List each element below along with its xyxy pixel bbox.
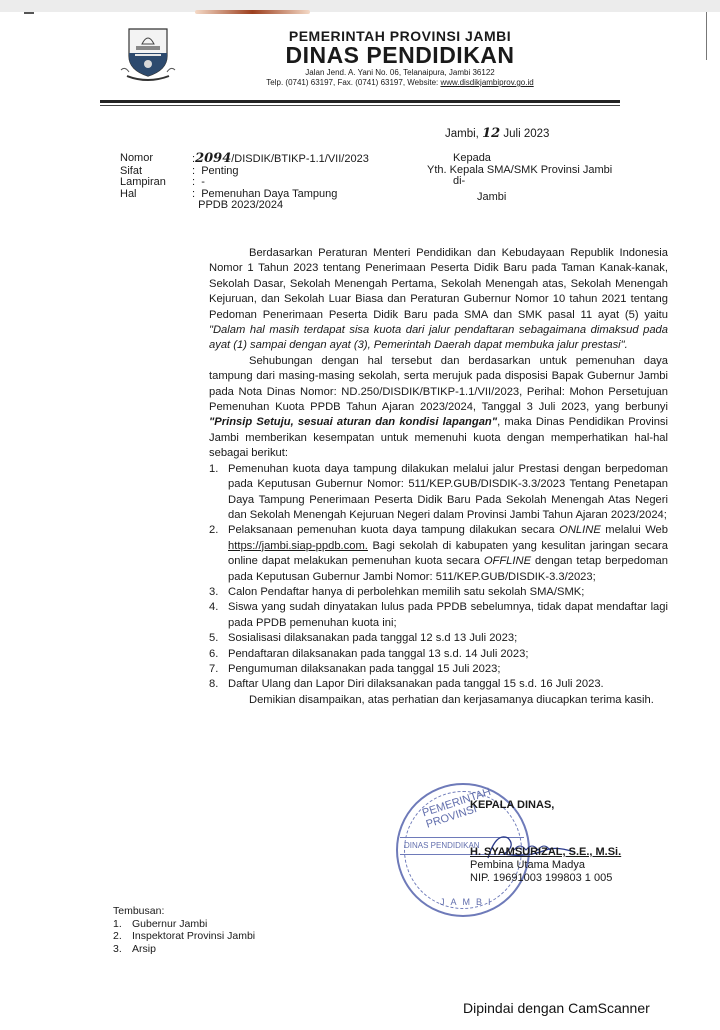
list-number: 6.	[209, 647, 218, 662]
meta-row-hal-cont: PPDB 2023/2024	[120, 200, 422, 212]
recipient-di: di-	[427, 176, 612, 188]
list-number: 7.	[209, 662, 218, 677]
date-month-year: Juli 2023	[503, 128, 549, 140]
stamp-bottom-text: JAMBI	[440, 897, 497, 907]
list-number: 4.	[209, 600, 218, 615]
list-item: 1.Pemenuhan kuota daya tampung dilakukan…	[209, 462, 668, 524]
para2-quote: "Prinsip Setuju, sesuai aturan dan kondi…	[209, 416, 497, 428]
letter-meta: Nomor:2094/DISDIK/BTIKP-1.1/VII/2023 Sif…	[120, 153, 422, 212]
meta-label: Nomor	[120, 153, 192, 166]
meta-sep: :	[192, 176, 195, 188]
signatory-position: KEPALA DINAS,	[470, 799, 621, 812]
ppdb-website-link[interactable]: https://jambi.siap-ppdb.com.	[228, 540, 368, 552]
meta-label: Hal	[120, 189, 192, 201]
meta-row-nomor: Nomor:2094/DISDIK/BTIKP-1.1/VII/2023	[120, 153, 422, 166]
recipient-city: Jambi	[427, 192, 612, 204]
letterhead-contact: Telp. (0741) 63197, Fax. (0741) 63197, W…	[200, 78, 600, 88]
letterhead-agency: DINAS PENDIDIKAN	[200, 44, 600, 66]
cc-text: Inspektorat Provinsi Jambi	[132, 930, 255, 943]
cc-text: Gubernur Jambi	[132, 918, 207, 931]
list-text: Pelaksanaan pemenuhan kuota daya tampung…	[228, 524, 559, 536]
letterhead: PEMERINTAH PROVINSI JAMBI DINAS PENDIDIK…	[200, 28, 600, 88]
body-paragraph-2: Sehubungan dengan hal tersebut dan berda…	[209, 354, 668, 462]
letterhead-address: Jalan Jend. A. Yani No. 06, Telanaipura,…	[200, 68, 600, 78]
recipient-kepada: Kepada	[427, 153, 612, 165]
meta-sep: :	[192, 165, 195, 177]
letterhead-phone-fax: Telp. (0741) 63197, Fax. (0741) 63197, W…	[266, 78, 440, 87]
recipient-block: Kepada Yth. Kepala SMA/SMK Provinsi Jamb…	[427, 153, 612, 203]
camscanner-watermark: Dipindai dengan CamScanner	[463, 1000, 650, 1016]
scan-top-edge	[0, 0, 720, 12]
list-text: Pendaftaran dilaksanakan pada tanggal 13…	[228, 648, 528, 660]
paper-tear-mark	[195, 10, 310, 14]
scan-right-edge	[706, 12, 707, 60]
list-item: 5.Sosialisasi dilaksanakan pada tanggal …	[209, 631, 668, 646]
cc-item: 2.Inspektorat Provinsi Jambi	[113, 930, 255, 943]
body-paragraph-1: Berdasarkan Peraturan Menteri Pendidikan…	[209, 246, 668, 354]
letter-body: Berdasarkan Peraturan Menteri Pendidikan…	[209, 246, 668, 708]
list-item: 8.Daftar Ulang dan Lapor Diri dilaksanak…	[209, 677, 668, 692]
para2-text: Sehubungan dengan hal tersebut dan berda…	[209, 355, 668, 413]
cc-list: Tembusan: 1.Gubernur Jambi 2.Inspektorat…	[113, 905, 255, 955]
meta-sep: :	[192, 188, 195, 200]
letterhead-rule-thick	[100, 100, 620, 103]
list-item: 3.Calon Pendaftar hanya di perbolehkan m…	[209, 585, 668, 600]
signatory-name: H. SYAMSURIZAL, S.E., M.Si.	[470, 846, 621, 859]
cc-title: Tembusan:	[113, 905, 255, 918]
signatory-nip: NIP. 19691003 199803 1 005	[470, 872, 621, 885]
list-text: melalui Web	[601, 524, 668, 536]
meta-label: Lampiran	[120, 177, 192, 189]
list-text: Pemenuhan kuota daya tampung dilakukan m…	[228, 463, 668, 521]
letterhead-website-link[interactable]: www.disdikjambiprov.go.id	[440, 78, 533, 87]
provisions-list: 1.Pemenuhan kuota daya tampung dilakukan…	[209, 462, 668, 693]
cc-number: 3.	[113, 943, 132, 956]
letterhead-rule-thin	[100, 105, 620, 106]
list-text: Pengumuman dilaksanakan pada tanggal 15 …	[228, 663, 500, 675]
scan-mark	[24, 12, 34, 14]
list-number: 1.	[209, 462, 218, 477]
list-number: 2.	[209, 523, 218, 538]
cc-item: 1.Gubernur Jambi	[113, 918, 255, 931]
cc-item: 3.Arsip	[113, 943, 255, 956]
signatory-rank: Pembina Utama Madya	[470, 859, 621, 872]
para1-quote: "Dalam hal masih terdapat sisa kuota dar…	[209, 324, 668, 351]
list-text-italic: ONLINE	[559, 524, 601, 536]
jambi-province-crest-icon	[117, 26, 179, 82]
list-number: 3.	[209, 585, 218, 600]
meta-value: PPDB 2023/2024	[198, 199, 283, 211]
list-text: Siswa yang sudah dinyatakan lulus pada P…	[228, 601, 668, 628]
cc-number: 2.	[113, 930, 132, 943]
closing-paragraph: Demikian disampaikan, atas perhatian dan…	[179, 693, 668, 708]
meta-value: -	[201, 176, 205, 188]
meta-label	[120, 200, 192, 212]
list-text: Daftar Ulang dan Lapor Diri dilaksanakan…	[228, 678, 604, 690]
meta-value: /DISDIK/BTIKP-1.1/VII/2023	[231, 153, 369, 165]
date-day-handwritten: 12	[482, 126, 500, 141]
meta-value: Pemenuhan Daya Tampung	[201, 188, 337, 200]
meta-value: Penting	[201, 165, 238, 177]
list-item: 6.Pendaftaran dilaksanakan pada tanggal …	[209, 647, 668, 662]
signature-block: KEPALA DINAS, H. SYAMSURIZAL, S.E., M.Si…	[470, 799, 621, 885]
letter-date: Jambi, 12 Juli 2023	[445, 126, 549, 141]
list-item: 2.Pelaksanaan pemenuhan kuota daya tampu…	[209, 523, 668, 585]
list-item: 4.Siswa yang sudah dinyatakan lulus pada…	[209, 600, 668, 631]
list-text-italic: OFFLINE	[484, 555, 531, 567]
list-item: 7.Pengumuman dilaksanakan pada tanggal 1…	[209, 662, 668, 677]
list-text: Sosialisasi dilaksanakan pada tanggal 12…	[228, 632, 517, 644]
date-city: Jambi,	[445, 128, 479, 140]
list-number: 8.	[209, 677, 218, 692]
list-text: Calon Pendaftar hanya di perbolehkan mem…	[228, 586, 584, 598]
para1-text: Berdasarkan Peraturan Menteri Pendidikan…	[209, 247, 668, 321]
cc-number: 1.	[113, 918, 132, 931]
cc-text: Arsip	[132, 943, 156, 956]
list-number: 5.	[209, 631, 218, 646]
